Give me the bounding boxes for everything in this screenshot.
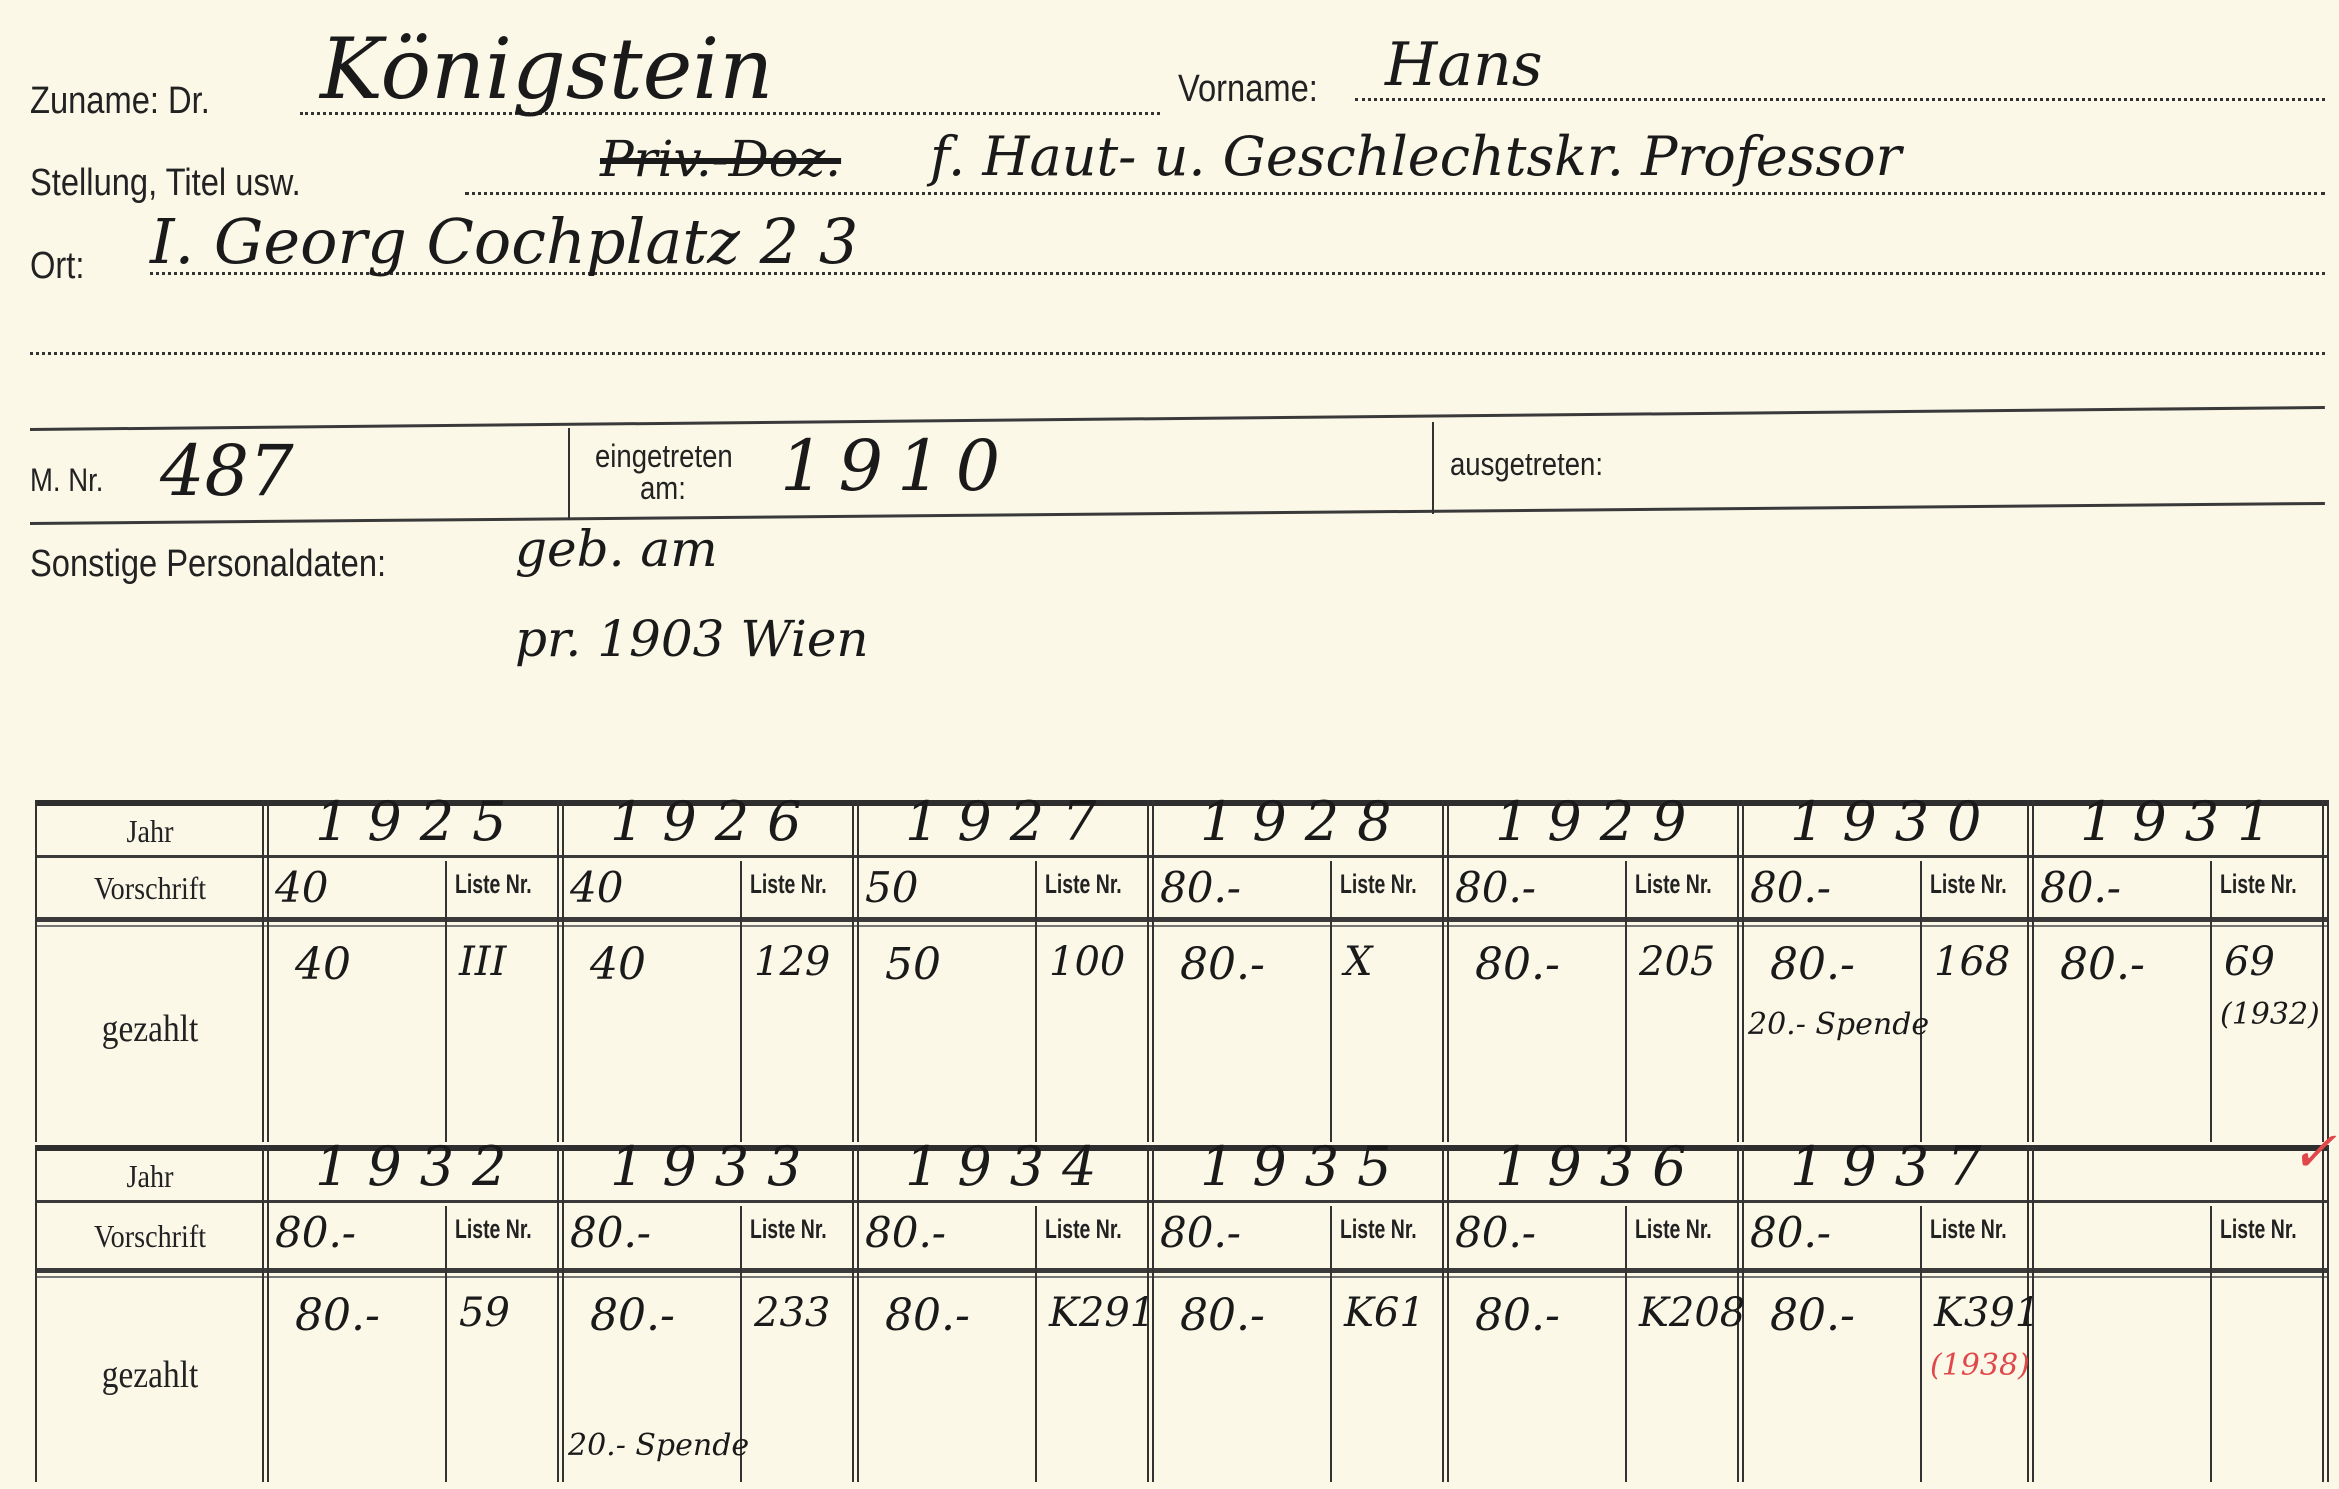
list-number-header: Liste Nr.	[455, 869, 532, 900]
surname-value: Königstein	[320, 20, 773, 118]
table-2-column-divider	[557, 1145, 564, 1482]
list-number-divider	[1625, 1206, 1627, 1482]
list-number-header: Liste Nr.	[455, 1214, 532, 1245]
position-line	[465, 192, 2325, 195]
list-number-cell: K208	[1639, 1290, 1745, 1336]
list-number-header: Liste Nr.	[750, 869, 827, 900]
paid-cell: 40	[295, 939, 351, 990]
membership-divider-1	[568, 428, 570, 520]
paid-cell: 80.-	[885, 1290, 970, 1341]
donation-note: 20.- Spende	[1748, 1007, 1929, 1042]
list-number-cell: K61	[1344, 1290, 1425, 1336]
list-number-cell: III	[459, 939, 506, 985]
prescribed-cell: 80.-	[865, 1208, 946, 1257]
personal-data-line1: geb. am	[515, 520, 718, 578]
check-mark-icon: ✓	[2290, 1120, 2337, 1185]
table-2-column-divider	[1442, 1145, 1449, 1482]
table-2-column-divider	[262, 1145, 269, 1482]
paid-cell: 80.-	[1180, 939, 1265, 990]
prescribed-cell: 80.-	[1750, 863, 1831, 912]
paid-cell: 50	[885, 939, 941, 990]
member-number-value: 487	[160, 430, 294, 512]
table-1-column-divider	[557, 800, 564, 1142]
table-2-prescribed-rule	[35, 1268, 2327, 1273]
year-cell: 1937	[1790, 1135, 1999, 1198]
list-number-header: Liste Nr.	[750, 1214, 827, 1245]
joined-value: 1910	[780, 425, 1014, 507]
list-number-header: Liste Nr.	[1340, 1214, 1417, 1245]
table-1-column-divider	[1442, 800, 1449, 1142]
table-1-prescribed-rule	[35, 917, 2327, 922]
table-1-prescribed-rule-2	[35, 925, 2327, 927]
position-value: f. Haut- u. Geschlechtskr. Professor	[930, 125, 1901, 188]
joined-label-line2: am:	[640, 470, 686, 507]
list-number-header: Liste Nr.	[1635, 1214, 1712, 1245]
table-1-paid-label: gezahlt	[49, 917, 251, 1142]
paid-cell: 80.-	[1770, 1290, 1855, 1341]
year-cell: 1934	[905, 1135, 1114, 1198]
place-value: I. Georg Cochplatz 2 3	[150, 205, 858, 278]
membership-divider-2	[1432, 422, 1434, 514]
year-cell: 1929	[1495, 790, 1704, 853]
year-cell: 1930	[1790, 790, 1999, 853]
paid-cell: 40	[590, 939, 646, 990]
year-cell: 1932	[315, 1135, 524, 1198]
list-number-divider	[1330, 861, 1332, 1142]
year-cell: 1935	[1200, 1135, 1409, 1198]
list-number-divider	[1625, 861, 1627, 1142]
list-number-header: Liste Nr.	[1930, 1214, 2007, 1245]
prescribed-cell: 40	[275, 863, 328, 912]
table-1-year-rule	[35, 855, 2327, 858]
year-cell: 1926	[610, 790, 819, 853]
table-2-column-divider	[852, 1145, 859, 1482]
list-number-divider	[2210, 1206, 2212, 1482]
list-number-cell: 59	[459, 1290, 510, 1336]
list-number-cell: K391	[1934, 1290, 2040, 1336]
place-label: Ort:	[30, 245, 84, 288]
prescribed-cell: 80.-	[1750, 1208, 1831, 1257]
surname-label: Zuname: Dr.	[30, 80, 210, 123]
prescribed-cell: 80.-	[1455, 1208, 1536, 1257]
firstname-value: Hans	[1385, 30, 1543, 100]
list-number-divider	[1035, 861, 1037, 1142]
year-cell: 1936	[1495, 1135, 1704, 1198]
prescribed-cell: 80.-	[570, 1208, 651, 1257]
left-label: ausgetreten:	[1450, 446, 1603, 483]
list-number-note: (1932)	[2220, 997, 2320, 1032]
paid-cell: 80.-	[1770, 939, 1855, 990]
list-number-header: Liste Nr.	[1340, 869, 1417, 900]
year-cell: 1927	[905, 790, 1114, 853]
list-number-cell: 100	[1049, 939, 1125, 985]
blank-line	[30, 352, 2325, 355]
list-number-divider	[1035, 1206, 1037, 1482]
list-number-header: Liste Nr.	[1045, 1214, 1122, 1245]
list-number-cell: 129	[754, 939, 830, 985]
list-number-cell: 69	[2224, 939, 2275, 985]
prescribed-cell: 40	[570, 863, 623, 912]
table-2-paid-label: gezahlt	[49, 1268, 251, 1482]
table-1-column-divider	[262, 800, 269, 1142]
position-struck-value: Priv.-Doz.	[600, 130, 841, 188]
table-2-year-rule	[35, 1200, 2327, 1203]
list-number-divider	[1330, 1206, 1332, 1482]
prescribed-cell: 80.-	[275, 1208, 356, 1257]
list-number-divider	[445, 1206, 447, 1482]
donation-note: 20.- Spende	[568, 1428, 749, 1463]
list-number-cell: 205	[1639, 939, 1715, 985]
table-2-year-label: Jahr	[49, 1149, 251, 1204]
firstname-label: Vorname:	[1178, 68, 1318, 111]
list-number-divider	[445, 861, 447, 1142]
position-label: Stellung, Titel usw.	[30, 162, 301, 205]
table-2-left-border	[35, 1145, 37, 1482]
list-number-note: (1938)	[1930, 1348, 2030, 1383]
year-cell: 1928	[1200, 790, 1409, 853]
list-number-divider	[2210, 861, 2212, 1142]
prescribed-cell: 80.-	[1160, 863, 1241, 912]
list-number-header: Liste Nr.	[2220, 1214, 2297, 1245]
membership-bottom-rule	[30, 502, 2325, 525]
prescribed-cell: 80.-	[1160, 1208, 1241, 1257]
prescribed-cell: 80.-	[2040, 863, 2121, 912]
paid-cell: 80.-	[1475, 1290, 1560, 1341]
paid-cell: 80.-	[1180, 1290, 1265, 1341]
member-number-label: M. Nr.	[30, 462, 103, 499]
table-1-column-divider	[1147, 800, 1154, 1142]
paid-cell: 80.-	[2060, 939, 2145, 990]
table-1-column-divider	[852, 800, 859, 1142]
list-number-header: Liste Nr.	[1635, 869, 1712, 900]
table-1-left-border	[35, 800, 37, 1142]
list-number-header: Liste Nr.	[2220, 869, 2297, 900]
list-number-cell: X	[1344, 939, 1372, 985]
year-cell: 1925	[315, 790, 524, 853]
paid-cell: 80.-	[590, 1290, 675, 1341]
table-2-prescribed-rule-2	[35, 1276, 2327, 1278]
table-1-column-divider	[2322, 800, 2329, 1142]
table-1-prescribed-label: Vorschrift	[49, 857, 251, 919]
list-number-cell: 233	[754, 1290, 830, 1336]
year-cell: 1933	[610, 1135, 819, 1198]
list-number-header: Liste Nr.	[1045, 869, 1122, 900]
paid-cell: 80.-	[295, 1290, 380, 1341]
table-2-prescribed-label: Vorschrift	[49, 1202, 251, 1270]
list-number-header: Liste Nr.	[1930, 869, 2007, 900]
prescribed-cell: 80.-	[1455, 863, 1536, 912]
list-number-divider	[740, 861, 742, 1142]
table-1-year-label: Jahr	[49, 804, 251, 859]
table-2-column-divider	[2322, 1145, 2329, 1482]
list-number-cell: 168	[1934, 939, 2010, 985]
personal-data-line2: pr. 1903 Wien	[515, 610, 869, 668]
paid-cell: 80.-	[1475, 939, 1560, 990]
prescribed-cell: 50	[865, 863, 918, 912]
personal-data-label: Sonstige Personaldaten:	[30, 543, 386, 586]
list-number-divider	[1920, 1206, 1922, 1482]
membership-top-rule	[30, 406, 2325, 431]
year-cell: 1931	[2080, 790, 2289, 853]
table-1-column-divider	[2027, 800, 2034, 1142]
table-1-column-divider	[1737, 800, 1744, 1142]
list-number-cell: K291	[1049, 1290, 1155, 1336]
list-number-divider	[1920, 861, 1922, 1142]
